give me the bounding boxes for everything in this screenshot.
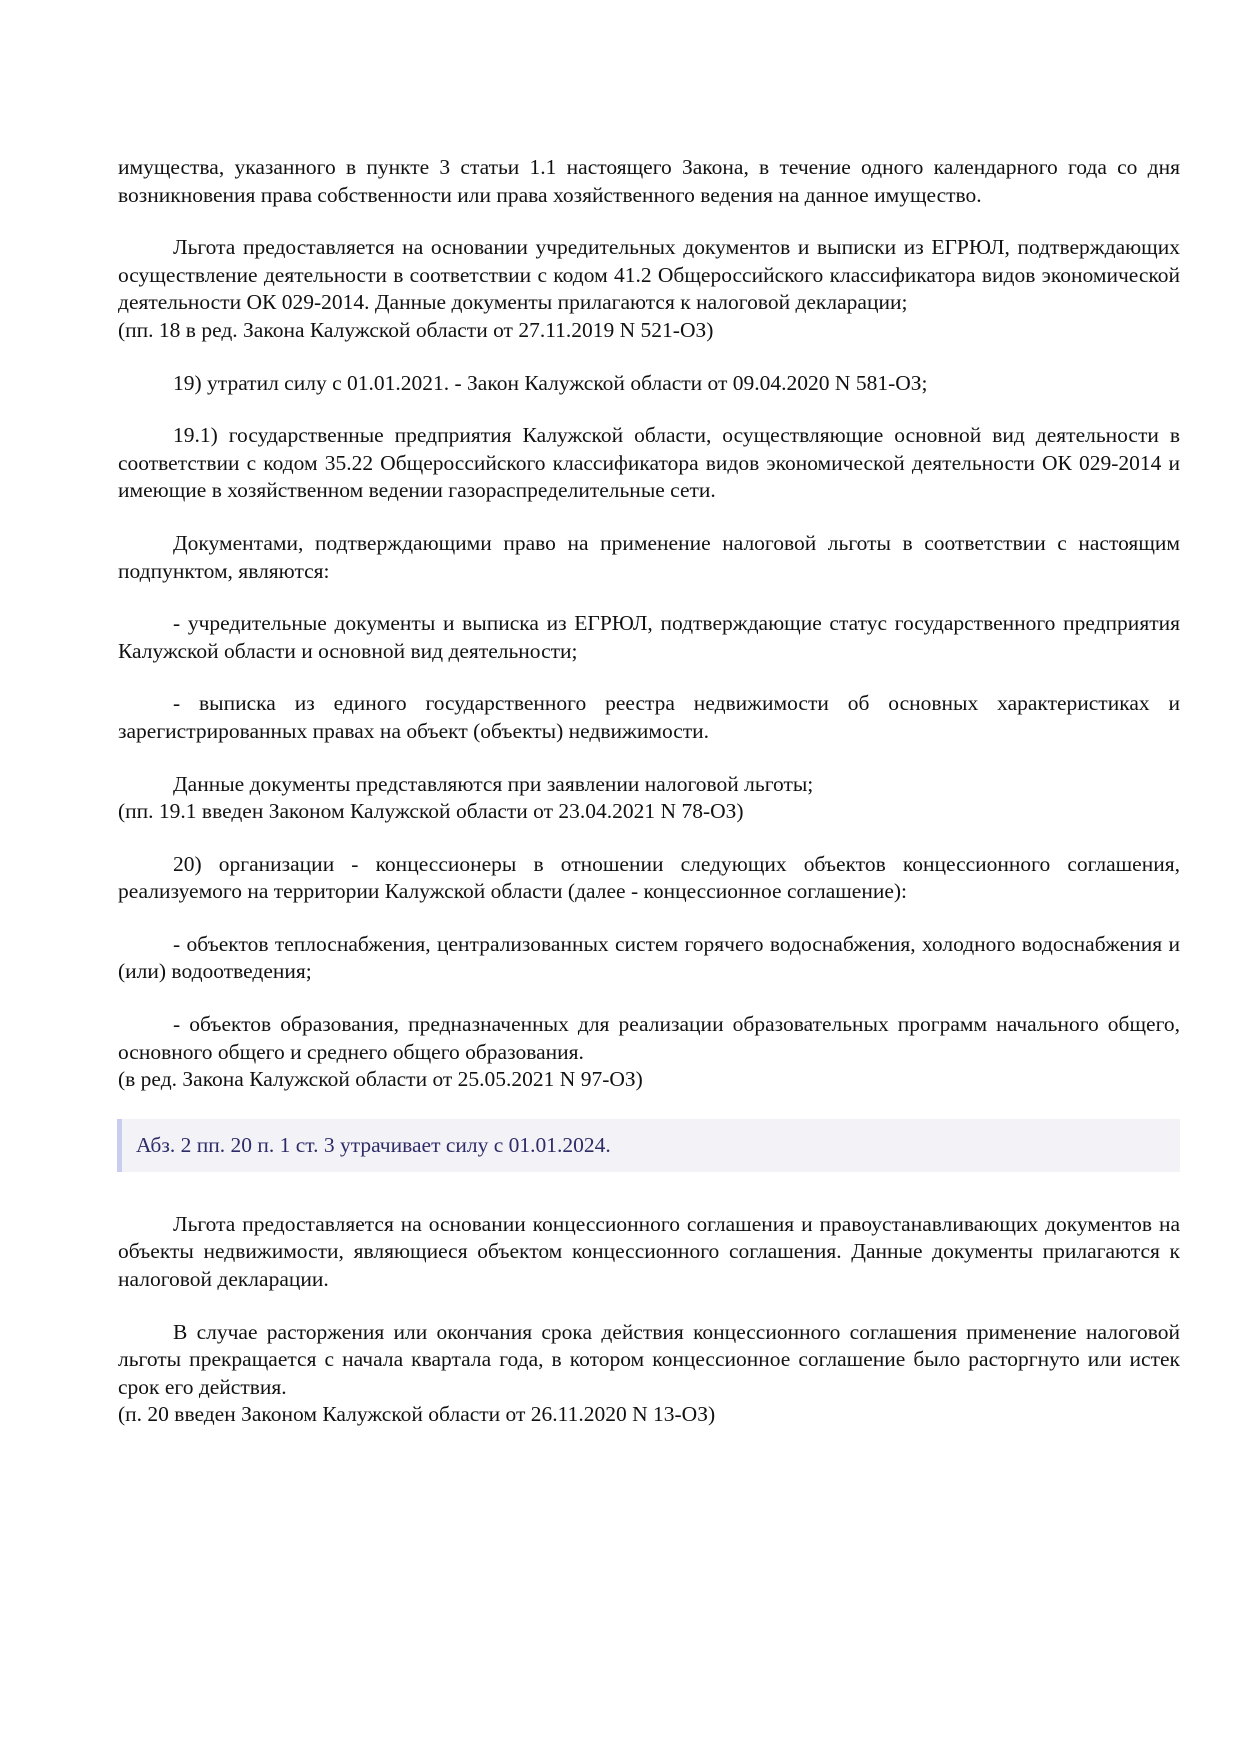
list-item-registry-extract: - выписка из единого государственного ре… bbox=[118, 690, 1180, 745]
paragraph-concession-benefit-basis: Льгота предоставляется на основании конц… bbox=[118, 1211, 1180, 1294]
document-page: имущества, указанного в пункте 3 статьи … bbox=[118, 154, 1180, 1429]
amendment-note-pp19-1: (пп. 19.1 введен Законом Калужской облас… bbox=[118, 798, 1180, 826]
paragraph-documents-intro: Документами, подтверждающими право на пр… bbox=[118, 530, 1180, 585]
amendment-note-item-20-edition: (в ред. Закона Калужской области от 25.0… bbox=[118, 1066, 1180, 1094]
list-item-founding-documents: - учредительные документы и выписка из Е… bbox=[118, 610, 1180, 665]
paragraph-item-20: 20) организации - концессионеры в отноше… bbox=[118, 851, 1180, 906]
paragraph-documents-submitted: Данные документы представляются при заяв… bbox=[118, 771, 1180, 799]
amendment-note-pp18: (пп. 18 в ред. Закона Калужской области … bbox=[118, 317, 1180, 345]
paragraph-benefit-basis-41-2: Льгота предоставляется на основании учре… bbox=[118, 234, 1180, 317]
expiry-notice-text: Абз. 2 пп. 20 п. 1 ст. 3 утрачивает силу… bbox=[136, 1133, 611, 1157]
list-item-heat-water-objects: - объектов теплоснабжения, централизован… bbox=[118, 931, 1180, 986]
paragraph-item-19-1: 19.1) государственные предприятия Калужс… bbox=[118, 422, 1180, 505]
paragraph-item-19: 19) утратил силу с 01.01.2021. - Закон К… bbox=[118, 370, 1180, 398]
paragraph-concession-termination: В случае расторжения или окончания срока… bbox=[118, 1319, 1180, 1402]
list-item-education-objects: - объектов образования, предназначенных … bbox=[118, 1011, 1180, 1066]
expiry-notice-box: Абз. 2 пп. 20 п. 1 ст. 3 утрачивает силу… bbox=[117, 1119, 1180, 1172]
paragraph-property-continuation: имущества, указанного в пункте 3 статьи … bbox=[118, 154, 1180, 209]
amendment-note-item-20-introduced: (п. 20 введен Законом Калужской области … bbox=[118, 1401, 1180, 1429]
